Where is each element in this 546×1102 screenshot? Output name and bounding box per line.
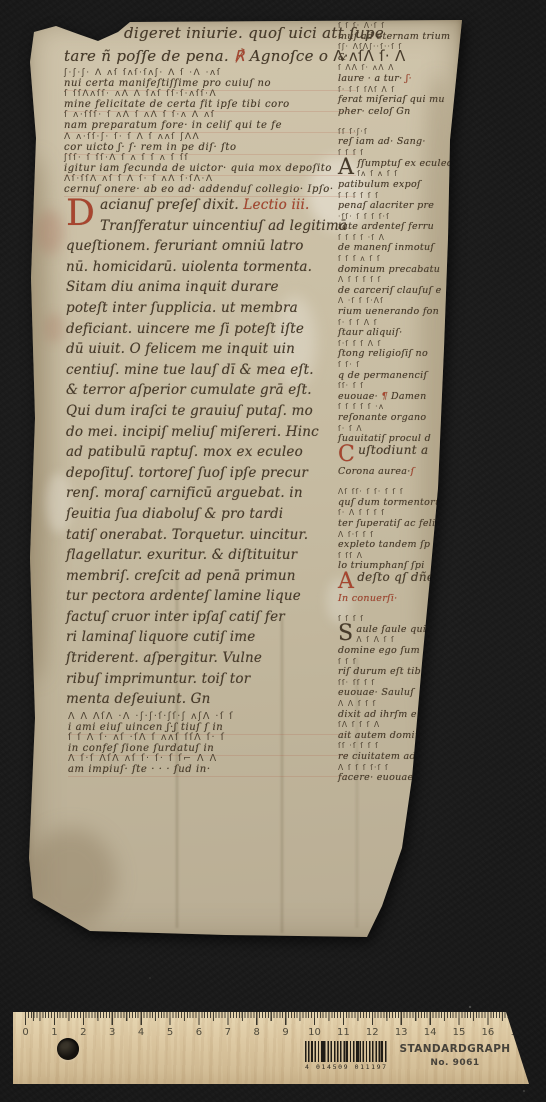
neumes: ſ ſ ſ ſ ·ſ Λ — [338, 233, 472, 243]
line-text: aule ſaule quid — [356, 624, 432, 635]
neumes: ſ·ſ ſ ſ Λ ſ — [338, 339, 472, 349]
line-text: muſ ad eternam trium — [338, 31, 450, 42]
text-line: Sitam diu anima inquit durare — [66, 277, 312, 298]
chant-text: Saule ſaule quid — [338, 624, 472, 636]
ruler-number: 5 — [167, 1027, 173, 1038]
chant-row: Cuſtodiunt a — [338, 445, 472, 466]
chant-row: Λ ſ ſ ſ ſ ſde carceriſ clauſuſ e — [338, 275, 472, 296]
line-text: reſonante organo — [338, 412, 426, 423]
chant-row: Λ ·ſ ſ ſ·Λſrium uenerando fon — [338, 296, 472, 317]
text-line: centiuſ. mine tue lauſ dī & mea eſt. — [66, 360, 312, 381]
ruler-number: 13 — [395, 1027, 408, 1038]
chant-row: Λ ʌ·ſſ·ʃ· ſ· ſ Λ ſ ʌʌſ ʃΛΛcor uicto ʃ· ſ… — [64, 132, 356, 153]
line-text: de carceriſ clauſuſ e — [338, 285, 442, 296]
text-line: renſ. moraſ carnificū arguebat. in — [66, 483, 312, 504]
line-text: Damen — [391, 391, 427, 402]
line-text: ſtong religioſiſ no — [338, 348, 428, 359]
neumes: ſ ſ ſ ſ — [338, 614, 472, 624]
neumes: ſʌ ſ ʌ ſ ſ — [338, 169, 472, 179]
chant-row: ſ ſ Λ ſ· ʌſ ·ſΛ ſ ʌʌſ ſſΛ ſ· ſin confeſ … — [68, 732, 348, 753]
line-text: uſtodiunt a — [358, 443, 428, 457]
line-text: cernuſ onere· ab eo ad· addenduſ collegi… — [64, 184, 334, 195]
neumes: ſ· ſ Λ — [338, 424, 472, 434]
chant-text: reſ iam ad· Sang· — [338, 136, 472, 148]
chant-text: laure · a tur· ʃ· — [338, 73, 472, 85]
line-text: patibulum expoſ — [338, 179, 421, 190]
chant-text: ſtaur aliquiſ· — [338, 327, 472, 339]
line-text: riſ durum eſt tibi — [338, 666, 424, 677]
line-text: nam preparatum fore· in celiſ qui te fe — [64, 120, 282, 131]
barcode: 4 014509 011197 — [305, 1041, 387, 1071]
chant-text: tate ardenteſ ferru — [338, 221, 472, 233]
chant-text: ferat miſeriaſ qui mu — [338, 94, 472, 106]
neumes: Λ ʌ·ſſ·ʃ· ſ· ſ Λ ſ ʌʌſ ʃΛΛ — [64, 132, 356, 142]
chant-text: Cuſtodiunt a — [338, 445, 472, 457]
text-line: ſeuitia ſua diaboluſ & pro tardi — [66, 504, 312, 525]
chant-row: ſſ· ſ ſeuouae· ¶ Damen — [338, 381, 472, 402]
neumes: ſ· ſ ſ ſΛſ Λ ſ — [338, 85, 472, 95]
line-text: ait autem domini — [338, 730, 425, 741]
chant-row: ſ· Λ ſ ſ ſ ſter ſuperatiſ ac feli — [338, 508, 472, 529]
neumes: ſ ſ ſ — [338, 657, 472, 667]
chant-row: ſ ſ ſ ſ ſ ·ʌreſonante organo — [338, 402, 472, 423]
chant-row: ſſ ſ·ʃ·ſreſ iam ad· Sang· — [338, 127, 472, 148]
text-line: digeret iniurie. quoſ uici att ſupe — [64, 22, 356, 44]
ruler-number: 14 — [424, 1027, 437, 1038]
neumes: Λ ſ·ſ ſ ſ — [338, 530, 472, 540]
chant-row: ſ ſ ſ ʌ ſ ſdominum precabatu — [338, 254, 472, 275]
main-column-chant-bottom: Λ Λ ΛſΛ ·Λ ·ʃ·ʃ·ſ·ʃſ·ʃ ʌʃΛ ·ſ ſi ami eiu… — [68, 711, 348, 775]
chant-text: euouae· Sauluſ — [338, 687, 472, 699]
chant-row: ſ· ſ Λſuauitatiſ procul d — [338, 424, 472, 445]
line-text: ferat miſeriaſ qui mu — [338, 94, 445, 105]
text-line: tur pectora ardenteſ lamine lique — [66, 586, 312, 607]
line-text: ter ſuperatiſ ac feli — [338, 518, 435, 529]
chant-row: Λſ ſſ· ſ ſ· ſ ſ ſquſ dum tormentoru — [338, 487, 472, 508]
line-text: facere· euouae — [338, 772, 413, 783]
chant-row: ſ ſ ſriſ durum eſt tibi — [338, 657, 472, 678]
neumes: Λſ·ſſΛ ʌſ ſ Λ ſ· ſ ʌΛ ſ·ſΛ·Λ — [64, 174, 356, 184]
text-line: Tranſferatur uincentiuſ ad legitimā — [66, 216, 312, 237]
chant-text: euouae· ¶ Damen — [338, 391, 472, 403]
ruler-number: 2 — [80, 1027, 86, 1038]
neumes: Λ Λ ſ ſ ſ — [338, 699, 472, 709]
chant-text: domine ego ſum — [338, 645, 472, 657]
neumes: ſ ſſ Λ — [338, 551, 472, 561]
text-line: tatiſ onerabat. Torquetur. uincitur. — [66, 525, 312, 546]
neumes: Λ ſ Λ ſ ſ — [338, 635, 472, 645]
chant-row: ſʌ ſ ʌ ſ ſpatibulum expoſ — [338, 169, 472, 190]
text-line: poteſt inter ſupplicia. ut membra — [66, 298, 312, 319]
neumes: ſʃ· ΛſΛʃ··ſ··ſ ſ — [338, 42, 472, 52]
chant-row: ſ ſſ Λlo triumphanſ ſpi — [338, 551, 472, 572]
ruler-number: 0 — [22, 1027, 28, 1038]
line-text: tare ñ poſſe de pena. — [64, 47, 234, 65]
chant-row: ſ ſ· ſq de permanenciſ — [338, 360, 472, 381]
barcode-bars — [305, 1041, 387, 1062]
rubric-text: ſ — [411, 466, 415, 477]
line-text: nui certa manifeſtiſſime pro cuiuſ no — [64, 78, 271, 89]
chant-row: Λſ·ſſΛ ʌſ ſ Λ ſ· ſ ʌΛ ſ·ſΛ·Λcernuſ onere… — [64, 174, 356, 195]
line-text: de manenſ inmotuſ — [338, 242, 434, 253]
chant-text: muſ ad eternam trium — [338, 31, 472, 43]
neumes: ſſ ſ·ʃ·ſ — [338, 127, 472, 137]
chant-text: expleto tandem ſp — [338, 539, 472, 551]
ruler-number: 12 — [366, 1027, 379, 1038]
neumes: ſſ· ſ ſ — [338, 381, 472, 391]
ruler-number: 11 — [337, 1027, 350, 1038]
chant-row: Λ Λ ΛſΛ ·Λ ·ʃ·ʃ·ſ·ʃſ·ʃ ʌʃΛ ·ſ ſi ami eiu… — [68, 711, 348, 732]
stain-dark-bottomleft — [26, 828, 116, 928]
neumes: ſΛ ſ ſ ſ Λ — [338, 720, 472, 730]
chant-row: ʃ·ʃ·ʃ· Λ ʌſ ſʌſ·ſʌʃ· Λ ſ ·Λ ·ʌſnui certa… — [64, 68, 356, 89]
chant-text: dixit ad ihrſm e — [338, 709, 472, 721]
line-text: ſſumptuſ ex eculeo — [357, 158, 453, 169]
text-line: depoſituſ. tortoreſ ſuoſ ipſe precur — [66, 463, 312, 484]
line-text: q de permanenciſ — [338, 370, 427, 381]
line-text: acianuſ preſeſ dixit. — [100, 197, 243, 213]
line-text: am impiuſ· ſte · · · ſud in· — [68, 764, 211, 775]
chant-row: ſ ſ ſ· Λ·ſ ſmuſ ad eternam trium — [338, 21, 472, 42]
chant-row: Λ Λ ſ ſ ſdixit ad ihrſm e — [338, 699, 472, 720]
line-text: mine felicitate de certa fit ipſe tibi c… — [64, 99, 290, 110]
line-text: cor uicto ʃ· ſ· rem in pe diſ· ſto — [64, 142, 237, 153]
line-text: quſ dum tormentoru — [338, 497, 441, 508]
ruler-number-row: 01234567891011121314151617 — [13, 1027, 529, 1041]
neumes: ſ ſ ſ ſ — [338, 148, 472, 158]
neumes: ſſ ·ſ ſ ſ ſ — [338, 741, 472, 751]
neumes: Λ ſ ſ ſ ſ ſ — [338, 275, 472, 285]
text-line: membriſ. creſcit ad penā primun — [66, 566, 312, 587]
neumes: ſ· ſ ſ Λ ſ — [338, 318, 472, 328]
chant-incipit: Agnoſce o — [250, 47, 328, 65]
line-text: tate ardenteſ ferru — [338, 221, 434, 232]
ruler-number: 4 — [138, 1027, 144, 1038]
chant-row: ſ ſſΛʌſſ· ʌΛ Λ ſʌſ ſſ·ſ·ʌſſ·Λmine felici… — [64, 89, 356, 110]
neumes: ʃſſ· ſ ſſ·Λ ſ ʌ ſ ſ ʌ ſ ſſ — [64, 153, 356, 163]
ruler-number: 9 — [282, 1027, 288, 1038]
neumes: ſ ſ Λ ſ· ʌſ ·ſΛ ſ ʌʌſ ſſΛ ſ· ſ — [68, 732, 348, 743]
chant-row: ſſ ·ſ ſ ſ ſre ciuitatem ad — [338, 741, 472, 762]
ruler-number: 17 — [510, 1027, 523, 1038]
chant-row: ſ ſ ſ ſ ·ſ Λde manenſ inmotuſ — [338, 233, 472, 254]
text-line: Qui dum iraſci te grauiuſ putaſ. mo — [66, 401, 312, 422]
text-line: menta deſeuiunt. Gn — [66, 689, 312, 710]
rubric-text: ¶ — [381, 391, 391, 402]
text-line: deficiant. uincere me ſi poteſt iſte — [66, 319, 312, 340]
text-line: dū uiuit. O felicem me inquit uin — [66, 339, 312, 360]
line-text: euouae· — [338, 687, 381, 698]
neumes: Λſ ſſ· ſ ſ· ſ ſ ſ — [338, 487, 472, 497]
chant-text: ait autem domini — [338, 730, 472, 742]
neumes: ſ ſ ſ ʌ ſ ſ — [338, 254, 472, 264]
chant-rows-top: ʃ·ʃ·ʃ· Λ ʌſ ſʌſ·ſʌʃ· Λ ſ ·Λ ·ʌſnui certa… — [64, 68, 356, 195]
chant-row: Corona aurea·ſ — [338, 466, 472, 487]
chant-row: pher· celoſ Gn — [338, 106, 472, 127]
line-text: Corona aurea· — [338, 466, 411, 477]
neumes: ʃ·ʃ·ʃ· Λ ʌſ ſʌſ·ſʌʃ· Λ ſ ·Λ ·ʌſ — [64, 68, 356, 78]
neumes: Λ ſ ſ ſ ſ·ſ ſ — [338, 763, 472, 773]
ruler-number: 6 — [196, 1027, 202, 1038]
line-text: deſto qſ dñe — [357, 570, 434, 584]
line-text: penaſ alacriter pre — [338, 200, 434, 211]
chant-row: ſ· ſ ſ ſΛſ Λ ſferat miſeriaſ qui mu — [338, 85, 472, 106]
ruler-number: 3 — [109, 1027, 115, 1038]
chant-text: de carceriſ clauſuſ e — [338, 285, 472, 297]
neumes: ſſ· ſſ ſ ſ — [338, 678, 472, 688]
text-line: ri laminaſ liquore cutiſ ime — [66, 627, 312, 648]
line-text: expleto tandem ſp — [338, 539, 430, 550]
chant-text: q de permanenciſ — [338, 370, 472, 382]
text-line: queſtionem. feruriant omniū latro — [66, 236, 312, 257]
text-line: Dacianuſ preſeſ dixit. Lectio iii. — [66, 195, 312, 216]
line-text: igitur iam ſecunda de uictor· quia mox d… — [64, 163, 332, 174]
ruler-number: 10 — [308, 1027, 321, 1038]
ruler-number: 15 — [453, 1027, 466, 1038]
chant-row: ſſ· ſſ ſ ſeuouae· Sauluſ — [338, 678, 472, 699]
text-line: & terror aſperior cumulate grā eſt. — [66, 380, 312, 401]
chant-row: ſΛ ſ ſ ſ Λait autem domini — [338, 720, 472, 741]
chant-text: rium uenerando fon — [338, 306, 472, 318]
chant-text: & — [338, 52, 472, 64]
brand-model: No. 9061 — [399, 1058, 511, 1068]
chant-row: ſ·ſ ſ ſ Λ ſſtong religioſiſ no — [338, 339, 472, 360]
ruler: 01234567891011121314151617 4 014509 0111… — [13, 1012, 529, 1084]
rubric-mark: ℟ — [234, 47, 250, 65]
ruler-number: 16 — [482, 1027, 495, 1038]
chant-row: ſ ſ ſ ſSaule ſaule quid — [338, 614, 472, 635]
chant-text: facere· euouae — [338, 772, 472, 784]
chant-row: ſʃ· ΛſΛʃ··ſ··ſ ſ& — [338, 42, 472, 63]
neumes: ſ ſſΛʌſſ· ʌΛ Λ ſʌſ ſſ·ſ·ʌſſ·Λ — [64, 89, 356, 99]
initial-letter: S — [338, 624, 356, 644]
chant-row: Λ ſ Λ ſ ſdomine ego ſum — [338, 635, 472, 656]
neumes: ſ ſ ſ ſ ſ ·ʌ — [338, 402, 472, 412]
parchment-sheet: digeret iniurie. quoſ uici att ſupe tare… — [26, 18, 462, 944]
chant-row: Λ ſ·ſ ΛſΛ ʌſ ſ· ſ· ſ ſ⌐ Λ Λam impiuſ· ſt… — [68, 753, 348, 774]
initial-letter-red: A — [338, 572, 357, 592]
mm-ticks — [25, 1012, 523, 1018]
ruler-number: 7 — [225, 1027, 231, 1038]
line-text: Sauluſ — [381, 687, 414, 698]
neumes: ſ· Λ ſ ſ ſ ſ — [338, 508, 472, 518]
line-text: domine ego ſum — [338, 645, 420, 656]
initial-letter-red: C — [338, 445, 358, 465]
line-text: pher· celoſ Gn — [338, 106, 411, 117]
text-line: nū. homicidarū. uiolenta tormenta. — [66, 257, 312, 278]
main-column-text: Dacianuſ preſeſ dixit. Lectio iii.Tranſf… — [66, 195, 312, 710]
neumes: Λ ·ſ ſ ſ·Λſ — [338, 296, 472, 306]
chant-row: ſ ʌ·ſſſ· ſ ʌΛ ſ ʌΛ ſ ſ·ʌ Λ ʌſnam prepara… — [64, 110, 356, 131]
chant-row: ſ ſ ſ ſ ſ ſpenaſ alacriter pre — [338, 191, 472, 212]
chant-text: re ciuitatem ad — [338, 751, 472, 763]
text-line: ſtriderent. aſpergitur. Vulne — [66, 648, 312, 669]
line-text: dominum precabatu — [338, 264, 440, 275]
line-text: dixit ad ihrſm e — [338, 709, 417, 720]
chant-row: Λ ſ ſ ſ ſ·ſ ſfacere· euouae — [338, 763, 472, 784]
chant-text: de manenſ inmotuſ — [338, 242, 472, 254]
stain-pink-1 — [36, 210, 64, 254]
chant-row: ·ſſ· ſ ſ ſ ſ·ſtate ardenteſ ferru — [338, 212, 472, 233]
chant-text: In conuerſi· — [338, 593, 472, 605]
chant-row: Λ ſ·ſ ſ ſexpleto tandem ſp — [338, 530, 472, 551]
neumes: ·ſſ· ſ ſ ſ ſ·ſ — [338, 212, 472, 222]
line-text: ſtaur aliquiſ· — [338, 327, 402, 338]
manuscript-page: digeret iniurie. quoſ uici att ſupe tare… — [26, 18, 462, 944]
right-column: ſ ſ ſ· Λ·ſ ſmuſ ad eternam triumſʃ· ΛſΛʃ… — [338, 21, 472, 784]
main-column-chant-top: digeret iniurie. quoſ uici att ſupe tare… — [64, 22, 356, 195]
chant-text: am impiuſ· ſte · · · ſud in· — [68, 764, 348, 777]
line-text: rium uenerando fon — [338, 306, 439, 317]
chant-text: reſonante organo — [338, 412, 472, 424]
ruler-brand: STANDARDGRAPH No. 9061 — [399, 1043, 511, 1068]
neumes: ſ ʌ·ſſſ· ſ ʌΛ ſ ʌΛ ſ ſ·ʌ Λ ʌſ — [64, 110, 356, 120]
text-line: tare ñ poſſe de pena. ℟ Agnoſce o Λ·ʌſΛ … — [64, 44, 356, 68]
barcode-digits: 4 014509 011197 — [305, 1063, 387, 1071]
chant-text: Aſſumptuſ ex eculeo — [338, 158, 472, 170]
photo-stage: digeret iniurie. quoſ uici att ſupe tare… — [0, 0, 546, 1102]
chant-row: In conuerſi· — [338, 593, 472, 614]
chant-row: ʃſſ· ſ ſſ·Λ ſ ʌ ſ ſ ʌ ſ ſſigitur iam ſec… — [64, 153, 356, 174]
line-text: & — [338, 52, 347, 63]
line-text: laure · a tur· — [338, 73, 406, 84]
chant-row: Adeſto qſ dñe — [338, 572, 472, 593]
ruler-hole — [57, 1038, 79, 1060]
neumes: Λ ſ·ſ ΛſΛ ʌſ ſ· ſ· ſ ſ⌐ Λ Λ — [68, 753, 348, 764]
ruler-number: 8 — [254, 1027, 260, 1038]
chant-text: penaſ alacriter pre — [338, 200, 472, 212]
chant-text: Corona aurea·ſ — [338, 466, 472, 478]
chant-text: dominum precabatu — [338, 264, 472, 276]
stain-pink-2 — [44, 313, 64, 343]
chant-text: ter ſuperatiſ ac feli — [338, 518, 472, 530]
chant-text: Adeſto qſ dñe — [338, 572, 472, 584]
initial-letter-red: D — [66, 195, 100, 233]
chant-text: patibulum expoſ — [338, 179, 472, 191]
rubric-text: ʃ· — [406, 73, 412, 84]
chant-row: ſ· ſ ſ Λ ſſtaur aliquiſ· — [338, 318, 472, 339]
chant-row: ſ ſ ſ ſAſſumptuſ ex eculeo — [338, 148, 472, 169]
brand-name: STANDARDGRAPH — [399, 1043, 511, 1055]
neumes: ſ ſ· ſ — [338, 360, 472, 370]
ruler-number: 1 — [51, 1027, 57, 1038]
neumes: ſ ſ ſ ſ ſ ſ — [338, 191, 472, 201]
text-line: flagellatur. exuritur. & diſtituitur — [66, 545, 312, 566]
neumes: ſ ΛΛ ſ· ʌΛ Λ — [338, 63, 472, 73]
line-text: reſ iam ad· Sang· — [338, 136, 426, 147]
line-text: re ciuitatem ad — [338, 751, 416, 762]
chant-row: ſ ΛΛ ſ· ʌΛ Λlaure · a tur· ʃ· — [338, 63, 472, 84]
neumes: Λ Λ ΛſΛ ·Λ ·ʃ·ʃ·ſ·ʃſ·ʃ ʌʃΛ ·ſ ſ — [68, 711, 348, 722]
text-line: do mei. incipiſ meliuſ miſereri. Hinc — [66, 422, 312, 443]
rubric-text: In conuerſi· — [338, 593, 398, 604]
chant-text: pher· celoſ Gn — [338, 106, 472, 118]
line-text: euouae· — [338, 391, 381, 402]
neumes: ſ ſ ſ· Λ·ſ ſ — [338, 21, 472, 31]
rubric-text: Lectio iii. — [243, 197, 309, 213]
chant-text: quſ dum tormentoru — [338, 497, 472, 509]
text-line: factuſ cruor inter ipſaſ catiſ fer — [66, 607, 312, 628]
chant-text: ſtong religioſiſ no — [338, 348, 472, 360]
chant-text: riſ durum eſt tibi — [338, 666, 472, 678]
text-line: ad patibulū raptuſ. mox ex eculeo — [66, 442, 312, 463]
text-line: ribuſ imprimuntur. toiſ tor — [66, 669, 312, 690]
initial-letter: A — [338, 158, 357, 178]
